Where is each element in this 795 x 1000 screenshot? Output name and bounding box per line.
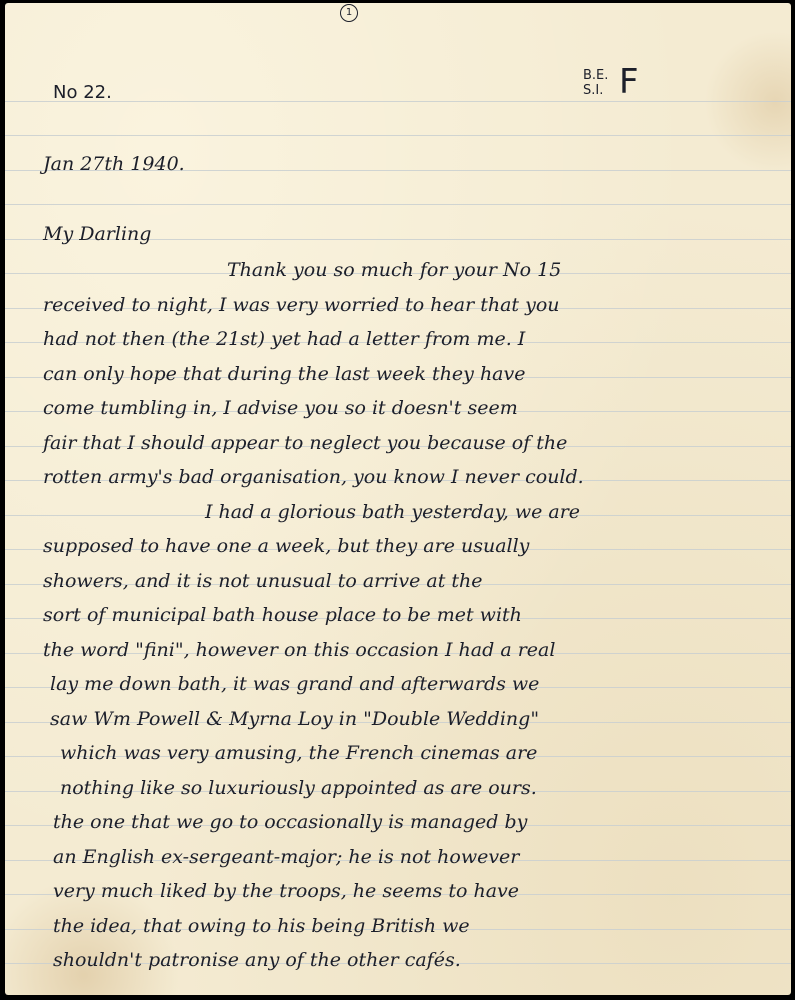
body-line: the word "fini", however on this occasio… [43, 641, 555, 660]
body-line: sort of municipal bath house place to be… [43, 606, 522, 625]
letter-page: 1 No 22. B.E. S.I. F Jan 27th 1940. My D… [5, 3, 791, 995]
body-line: which was very amusing, the French cinem… [60, 744, 537, 763]
body-line: I had a glorious bath yesterday, we are [205, 503, 580, 522]
ruled-line [5, 204, 791, 205]
ruled-line [5, 135, 791, 136]
body-line: nothing like so luxuriously appointed as… [60, 779, 537, 798]
body-line: fair that I should appear to neglect you… [43, 434, 567, 453]
body-line: rotten army's bad organisation, you know… [43, 468, 584, 487]
body-line: the idea, that owing to his being Britis… [53, 917, 470, 936]
letter-number: No 22. [53, 84, 112, 102]
header-mark: F [619, 65, 639, 99]
body-line: had not then (the 21st) yet had a letter… [43, 330, 525, 349]
body-line: lay me down bath, it was grand and after… [50, 675, 539, 694]
header-line-2: S.I. [583, 83, 608, 98]
body-line: received to night, I was very worried to… [43, 296, 560, 315]
body-line: come tumbling in, I advise you so it doe… [43, 399, 518, 418]
body-line: showers, and it is not unusual to arrive… [43, 572, 483, 591]
letter-date: Jan 27th 1940. [43, 155, 185, 174]
body-line: saw Wm Powell & Myrna Loy in "Double Wed… [50, 710, 539, 729]
body-line: can only hope that during the last week … [43, 365, 526, 384]
salutation: My Darling [43, 225, 151, 244]
body-line: very much liked by the troops, he seems … [53, 882, 519, 901]
body-line: an English ex-sergeant-major; he is not … [53, 848, 519, 867]
body-line: shouldn't patronise any of the other caf… [53, 951, 461, 970]
body-line: Thank you so much for your No 15 [227, 261, 561, 280]
ruled-line [5, 101, 791, 102]
header-bef: B.E. S.I. [583, 68, 608, 98]
header-line-1: B.E. [583, 68, 608, 83]
body-line: the one that we go to occasionally is ma… [53, 813, 527, 832]
body-line: supposed to have one a week, but they ar… [43, 537, 529, 556]
page-number: 1 [340, 4, 358, 22]
